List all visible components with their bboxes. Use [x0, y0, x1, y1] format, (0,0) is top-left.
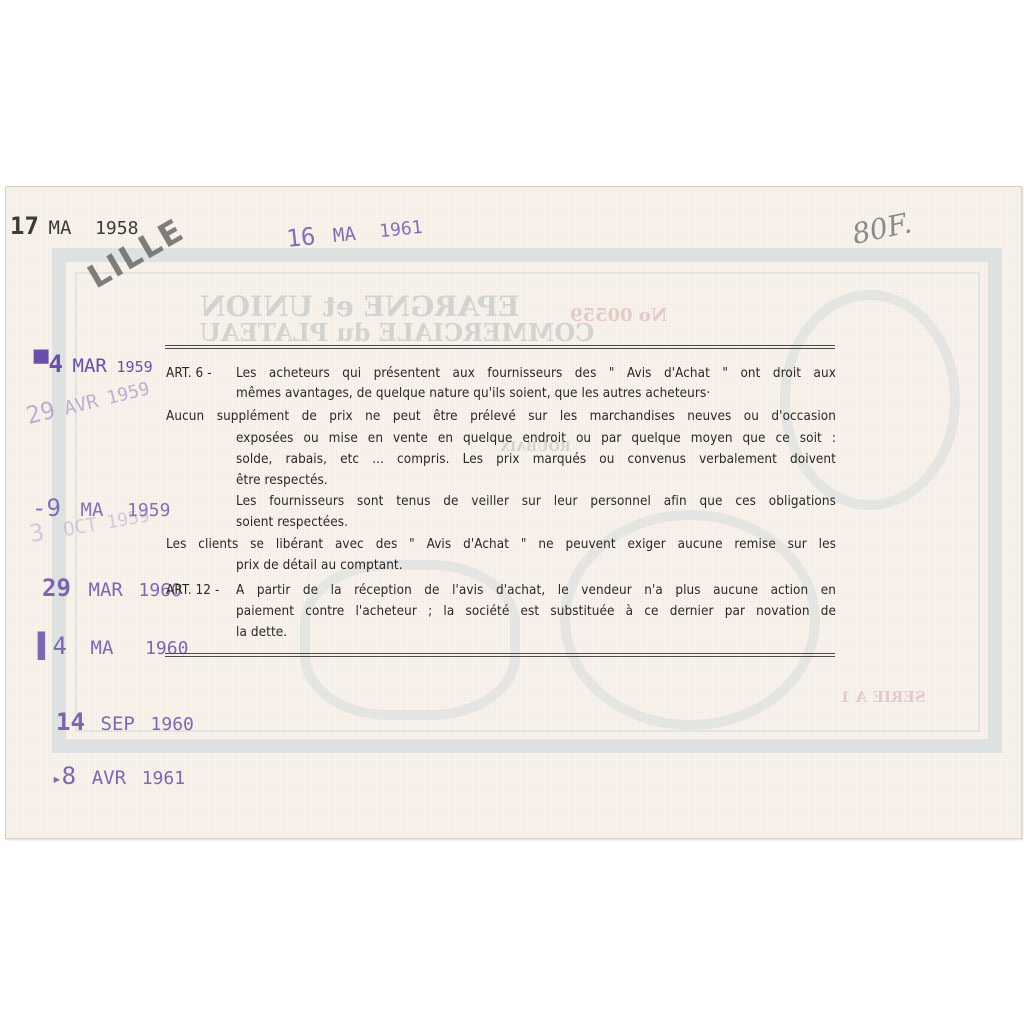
- paragraph2-line3: solde, rabais, etc ... compris. Les prix…: [236, 452, 836, 467]
- paragraph2-line1: Aucun supplément de prix ne peut être pr…: [166, 409, 836, 424]
- art12-label: ART. 12 -: [166, 583, 219, 598]
- date-stamp: 29 MAR 1960: [42, 574, 182, 602]
- top-rule: [165, 345, 835, 349]
- paragraph4-line1: Les clients se libérant avec des " Avis …: [166, 537, 836, 552]
- art12-line1: A partir de la réception de l'avis d'ach…: [236, 583, 836, 598]
- date-stamp: ▸8 AVR 1961: [52, 762, 185, 790]
- art12-line2: paiement contre l'acheteur ; la société …: [236, 604, 836, 619]
- bleed-through-series: SERIE A 1: [840, 688, 926, 706]
- date-stamp: 14 SEP 1960: [56, 708, 194, 736]
- paragraph3-line2: soient respectées.: [236, 515, 348, 530]
- paragraph3-line1: Les fournisseurs sont tenus de veiller s…: [236, 494, 836, 509]
- art6-label: ART. 6 -: [166, 366, 212, 381]
- paragraph2-line2: exposées ou mise en vente en quelque end…: [236, 431, 836, 446]
- art12-line3: la dette.: [236, 625, 287, 640]
- paragraph4-line2: prix de détail au comptant.: [236, 558, 403, 573]
- art6-line2: mêmes avantages, de quelque nature qu'il…: [236, 386, 710, 401]
- bleed-through-figure-ornament: [780, 290, 960, 510]
- art6-line1: Les acheteurs qui présentent aux fournis…: [236, 366, 836, 381]
- bleed-through-number: No 00559: [570, 305, 667, 326]
- paragraph2-line4: être respectés.: [236, 473, 328, 488]
- bottom-rule: [165, 653, 835, 657]
- bleed-through-title-line2: COMMERCIALE du PLATEAU: [200, 318, 594, 347]
- date-stamp: 17 MA 1958: [10, 212, 138, 240]
